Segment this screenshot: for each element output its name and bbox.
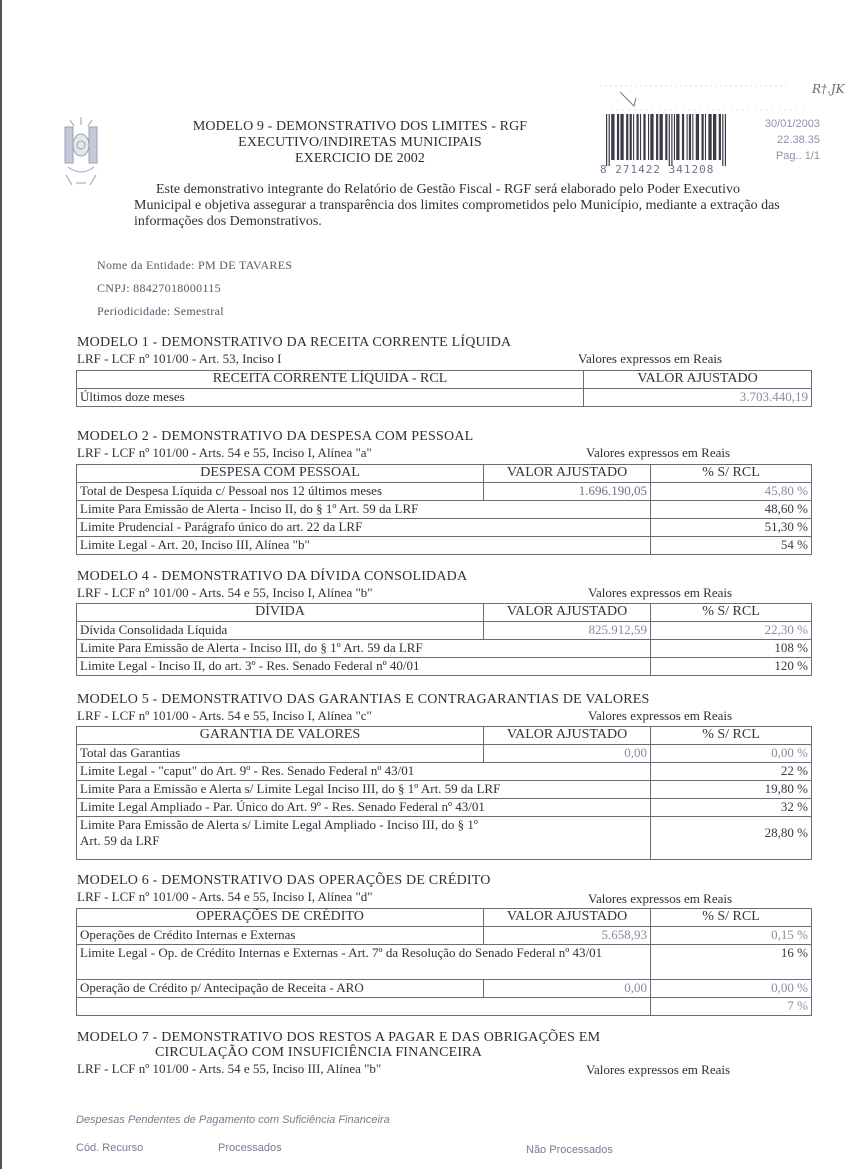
modelo7-law: LRF - LCF nº 101/00 - Arts. 54 e 55, Inc… xyxy=(77,1061,381,1077)
table-row: Operações de Crédito Internas e Externas… xyxy=(77,927,812,945)
print-date: 30/01/2003 xyxy=(740,116,820,132)
modelo4-law: LRF - LCF nº 101/00 - Arts. 54 e 55, Inc… xyxy=(77,585,373,601)
table-row: Total das Garantias 0,00 0,00 % xyxy=(77,745,812,763)
table-row: Limite Para Emissão de Alerta - Inciso I… xyxy=(77,640,812,658)
modelo1-title: MODELO 1 - DEMONSTRATIVO DA RECEITA CORR… xyxy=(77,335,511,351)
modelo5-title: MODELO 5 - DEMONSTRATIVO DAS GARANTIAS E… xyxy=(77,692,650,708)
col-header: VALOR AJUSTADO xyxy=(484,465,651,483)
col-header: VALOR AJUSTADO xyxy=(484,727,651,745)
col-header: VALOR AJUSTADO xyxy=(484,909,651,927)
col-header: % S/ RCL xyxy=(651,465,812,483)
col-header: GARANTIA DE VALORES xyxy=(77,727,484,745)
col-header: DÍVIDA xyxy=(77,604,484,622)
col-header: DESPESA COM PESSOAL xyxy=(77,465,484,483)
table-row: 7 % xyxy=(77,998,812,1016)
modelo1-table: RECEITA CORRENTE LÍQUIDA - RCL VALOR AJU… xyxy=(76,370,812,407)
modelo7-title-cont: CIRCULAÇÃO COM INSUFICIÊNCIA FINANCEIRA xyxy=(155,1045,482,1061)
modelo7-title: MODELO 7 - DEMONSTRATIVO DOS RESTOS A PA… xyxy=(77,1030,600,1046)
table-row: Total de Despesa Líquida c/ Pessoal nos … xyxy=(77,483,812,501)
modelo6-values-note: Valores expressos em Reais xyxy=(588,891,732,907)
table-row: Limite Prudencial - Parágrafo único do a… xyxy=(77,519,812,537)
modelo1-values-note: Valores expressos em Reais xyxy=(578,351,722,367)
entity-period: Periodicidade: Semestral xyxy=(97,304,224,319)
modelo2-title: MODELO 2 - DEMONSTRATIVO DA DESPESA COM … xyxy=(77,429,473,445)
coat-of-arms-icon xyxy=(62,115,100,193)
table-row: Limite Para Emissão de Alerta - Inciso I… xyxy=(77,501,812,519)
document-title: MODELO 9 - DEMONSTRATIVO DOS LIMITES - R… xyxy=(150,119,570,167)
print-metadata: 30/01/2003 22.38.35 Pag.. 1/1 xyxy=(740,116,820,164)
col-processados: Processados xyxy=(218,1142,282,1154)
col-header: VALOR AJUSTADO xyxy=(584,371,812,389)
modelo5-law: LRF - LCF nº 101/00 - Arts. 54 e 55, Inc… xyxy=(77,708,372,724)
modelo2-law: LRF - LCF nº 101/00 - Arts. 54 e 55, Inc… xyxy=(77,445,372,461)
modelo6-title: MODELO 6 - DEMONSTRATIVO DAS OPERAÇÕES D… xyxy=(77,873,491,889)
barcode-number: 8 271422 341208 xyxy=(600,163,770,176)
table-row: Limite Legal - Art. 20, Inciso III, Alín… xyxy=(77,537,812,555)
modelo5-values-note: Valores expressos em Reais xyxy=(588,708,732,724)
entity-cnpj: CNPJ: 88427018000115 xyxy=(97,281,221,296)
table-row: Limite Para Emissão de Alerta s/ Limite … xyxy=(77,817,812,860)
col-header: % S/ RCL xyxy=(651,909,812,927)
modelo2-table: DESPESA COM PESSOAL VALOR AJUSTADO % S/ … xyxy=(76,464,812,555)
modelo4-table: DÍVIDA VALOR AJUSTADO % S/ RCL Dívida Co… xyxy=(76,603,812,676)
handwritten-note: R†.JK xyxy=(812,82,845,96)
entity-name: Nome da Entidade: PM DE TAVARES xyxy=(97,258,292,273)
col-header: RECEITA CORRENTE LÍQUIDA - RCL xyxy=(77,371,584,389)
col-header: % S/ RCL xyxy=(651,604,812,622)
col-header: % S/ RCL xyxy=(651,727,812,745)
modelo6-table: OPERAÇÕES DE CRÉDITO VALOR AJUSTADO % S/… xyxy=(76,908,812,1016)
table-row: Limite Legal - Inciso II, do art. 3º - R… xyxy=(77,658,812,676)
col-header: VALOR AJUSTADO xyxy=(484,604,651,622)
modelo4-values-note: Valores expressos em Reais xyxy=(588,585,732,601)
table-row: Últimos doze meses 3.703.440,19 xyxy=(77,389,812,407)
table-row: Dívida Consolidada Líquida 825.912,59 22… xyxy=(77,622,812,640)
modelo4-title: MODELO 4 - DEMONSTRATIVO DA DÍVIDA CONSO… xyxy=(77,569,467,585)
table-row: Operação de Crédito p/ Antecipação de Re… xyxy=(77,980,812,998)
modelo7-subsection: Despesas Pendentes de Pagamento com Sufi… xyxy=(76,1114,390,1126)
page-number: Pag.. 1/1 xyxy=(740,148,820,164)
modelo1-law: LRF - LCF nº 101/00 - Art. 53, Inciso I xyxy=(77,351,281,367)
print-time: 22.38.35 xyxy=(740,132,820,148)
table-row: Limite Para a Emissão e Alerta s/ Limite… xyxy=(77,781,812,799)
intro-paragraph: Este demonstrativo integrante do Relatór… xyxy=(134,182,784,230)
col-cod-recurso: Cód. Recurso xyxy=(76,1142,143,1154)
modelo6-law: LRF - LCF nº 101/00 - Arts. 54 e 55, Inc… xyxy=(77,889,373,905)
table-row: Limite Legal - "caput" do Art. 9º - Res.… xyxy=(77,763,812,781)
col-nao-processados: Não Processados xyxy=(526,1144,613,1156)
table-row: Limite Legal Ampliado - Par. Único do Ar… xyxy=(77,799,812,817)
col-header: OPERAÇÕES DE CRÉDITO xyxy=(77,909,484,927)
page-scan-edge xyxy=(0,0,2,1169)
modelo5-table: GARANTIA DE VALORES VALOR AJUSTADO % S/ … xyxy=(76,726,812,860)
modelo7-values-note: Valores expressos em Reais xyxy=(586,1062,730,1078)
table-row: Limite Legal - Op. de Crédito Internas e… xyxy=(77,945,812,980)
modelo2-values-note: Valores expressos em Reais xyxy=(586,445,730,461)
